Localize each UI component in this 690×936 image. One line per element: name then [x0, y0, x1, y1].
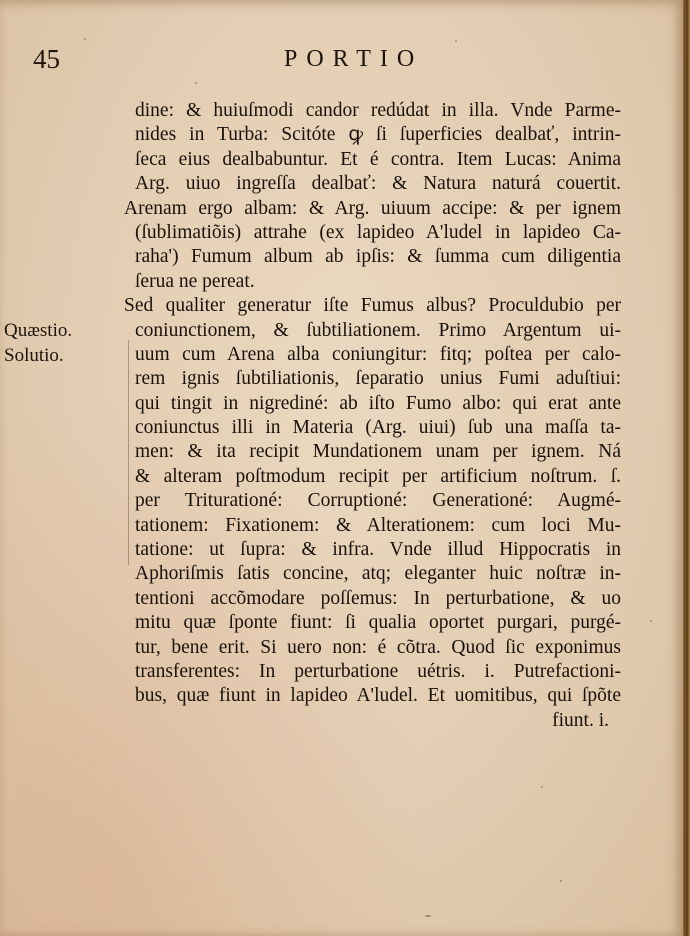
- text-line: tur, bene erit. Si uero non: é cõtra. Qu…: [124, 636, 621, 660]
- running-head: PORTIO: [284, 46, 423, 73]
- text-line: qui tingit in nigrediné: ab iſto Fumo al…: [124, 392, 621, 416]
- page-number: 45: [33, 44, 60, 75]
- text-line: transferentes: In perturbatione uétris. …: [124, 660, 621, 684]
- text-line: coniunctionem, & ſubtiliationem. Primo A…: [124, 319, 621, 343]
- text-line: raha') Fumum album ab ipſis: & ſumma cum…: [124, 245, 621, 269]
- text-line: per Triturationé: Corruptioné: Generatio…: [124, 489, 621, 513]
- text-line-final: fiunt. i.: [124, 709, 621, 733]
- text-line: Aphoriſmis ſatis concine, atq; eleganter…: [124, 562, 621, 586]
- paper-speck: [455, 40, 457, 42]
- marginal-note-question: Quæstio.: [4, 318, 72, 343]
- paper-speck: [84, 38, 86, 40]
- text-line: men: & ita recipit Mundationem unam per …: [124, 440, 621, 464]
- text-line: ſeca eius dealbabuntur. Et é contra. Ite…: [124, 148, 621, 172]
- text-line: (ſublimatiõis) attrahe (ex lapideo A'lud…: [124, 221, 621, 245]
- text-line: Sed qualiter generatur iſte Fumus albus?…: [124, 294, 621, 318]
- text-line: & alteram poſtmodum recipit per artifici…: [124, 465, 621, 489]
- text-line: tentioni accõmodare poſſemus: In perturb…: [124, 587, 621, 611]
- paper-speck: [560, 880, 562, 882]
- text-line: tationem: Fixationem: & Alterationem: cu…: [124, 514, 621, 538]
- text-line: ſerua ne pereat.: [124, 270, 621, 294]
- page-header: 45 PORTIO: [0, 44, 683, 80]
- marginal-note-solution: Solutio.: [4, 343, 72, 368]
- text-line: nides in Turba: Scitóte ꝙ ſi ſuperficies…: [124, 123, 621, 147]
- text-line: Arenam ergo albam: & Arg. uiuum accipe: …: [124, 197, 621, 221]
- text-line: uum cum Arena alba coniungitur: fitq; po…: [124, 343, 621, 367]
- book-binding-edge: [683, 0, 690, 936]
- text-line: tatione: ut ſupra: & infra. Vnde illud H…: [124, 538, 621, 562]
- book-page: 45 PORTIO Quæstio. Solutio. dine: & huiu…: [0, 0, 683, 936]
- text-line: coniunctus illi in Materia (Arg. uiui) ſ…: [124, 416, 621, 440]
- marginal-notes: Quæstio. Solutio.: [4, 318, 72, 368]
- paper-speck: [425, 915, 431, 917]
- paper-speck: [195, 82, 197, 84]
- text-line: rem ignis ſubtiliationis, ſeparatio uniu…: [124, 367, 621, 391]
- body-text: dine: & huiuſmodi candor redúdat in illa…: [124, 99, 621, 733]
- paper-speck: [541, 786, 543, 788]
- paper-speck: [650, 620, 652, 622]
- text-line: Arg. uiuo ingreſſa dealbať: & Natura nat…: [124, 172, 621, 196]
- text-line: dine: & huiuſmodi candor redúdat in illa…: [124, 99, 621, 123]
- text-line: bus, quæ fiunt in lapideo A'ludel. Et uo…: [124, 684, 621, 708]
- text-line: mitu quæ ſponte fiunt: ſi qualia oportet…: [124, 611, 621, 635]
